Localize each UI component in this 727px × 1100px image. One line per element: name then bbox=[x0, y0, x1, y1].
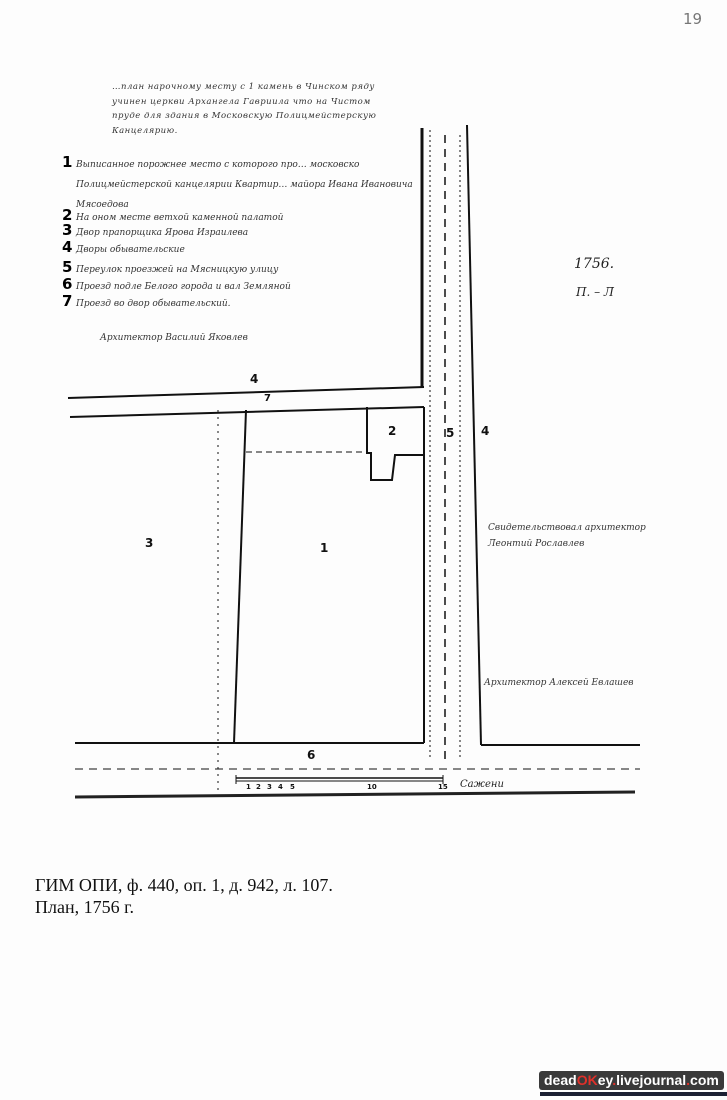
scale-tick: 5 bbox=[290, 783, 295, 791]
label-area-3: 3 bbox=[145, 536, 153, 550]
legend-item-5: 5 Переулок проезжей на Мясницкую улицу bbox=[62, 258, 278, 276]
legend-intro: …план нарочному месту с 1 камень в Чинск… bbox=[112, 80, 492, 138]
legend-text: Проезд во двор обывательский. bbox=[76, 299, 231, 309]
legend-text: Переулок проезжей на Мясницкую улицу bbox=[76, 265, 278, 275]
scale-tick: 3 bbox=[267, 783, 272, 791]
architect-signature: Архитектор Василий Яковлев bbox=[100, 333, 248, 343]
scale-unit-label: Сажени bbox=[460, 779, 504, 790]
scale-bar: 1 2 3 4 5 10 15 bbox=[236, 783, 456, 795]
scale-tick: 4 bbox=[278, 783, 283, 791]
legend-item-4: 4 Дворы обывательские bbox=[62, 238, 185, 256]
label-area-7: 7 bbox=[264, 393, 271, 404]
wm-part: com bbox=[690, 1072, 719, 1088]
wm-part: ey bbox=[598, 1072, 613, 1088]
wm-part: dead bbox=[544, 1072, 577, 1088]
label-area-4-top: 4 bbox=[250, 372, 258, 386]
date-annotation: 1756. bbox=[574, 256, 614, 272]
legend-item-3: 3 Двор прапорщика Ярова Израилева bbox=[62, 221, 248, 239]
scale-tick: 2 bbox=[256, 783, 261, 791]
label-area-5: 5 bbox=[446, 426, 454, 440]
wm-accent: OK bbox=[577, 1072, 598, 1088]
legend-number: 5 bbox=[62, 258, 72, 276]
legend-text: Проезд подле Белого города и вал Земляно… bbox=[76, 282, 291, 292]
scale-tick: 1 bbox=[246, 783, 251, 791]
legend-number: 3 bbox=[62, 221, 72, 239]
scale-tick: 15 bbox=[438, 783, 448, 791]
legend-number: 4 bbox=[62, 238, 72, 256]
legend-text: Двор прапорщика Ярова Израилева bbox=[76, 228, 248, 238]
legend-number: 1 bbox=[62, 152, 72, 172]
caption-title: План, 1756 г. bbox=[35, 896, 333, 918]
label-area-4-right: 4 bbox=[481, 424, 489, 438]
label-area-6: 6 bbox=[307, 748, 315, 762]
archive-caption: ГИМ ОПИ, ф. 440, оп. 1, д. 942, л. 107. … bbox=[35, 874, 333, 918]
livejournal-watermark: deadOKey.livejournal.com bbox=[539, 1071, 724, 1090]
wm-part: livejournal bbox=[616, 1072, 686, 1088]
intro-line: учинен церкви Архангела Гавриила что на … bbox=[112, 95, 492, 110]
legend-text: Дворы обывательские bbox=[76, 245, 185, 255]
second-architect-signature: Архитектор Алексей Евлашев bbox=[484, 675, 644, 691]
legend-number: 6 bbox=[62, 275, 72, 293]
intro-line: Канцелярию. bbox=[112, 124, 492, 139]
intro-line: …план нарочному месту с 1 камень в Чинск… bbox=[112, 80, 492, 95]
intro-line: пруде для здания в Московскую Полицмейст… bbox=[112, 109, 492, 124]
label-area-1: 1 bbox=[320, 541, 328, 555]
scale-tick: 10 bbox=[367, 783, 377, 791]
legend-number: 7 bbox=[62, 292, 72, 310]
legend-item-6: 6 Проезд подле Белого города и вал Земля… bbox=[62, 275, 291, 293]
label-area-2: 2 bbox=[388, 424, 396, 438]
legend-item-7: 7 Проезд во двор обывательский. bbox=[62, 292, 231, 310]
scan-edge-bar bbox=[540, 1092, 727, 1096]
date-annotation-secondary: П. – Л bbox=[576, 285, 614, 299]
caption-reference: ГИМ ОПИ, ф. 440, оп. 1, д. 942, л. 107. bbox=[35, 874, 333, 896]
witness-signature: Свидетельствовал архитектор Леонтий Росл… bbox=[488, 520, 648, 552]
